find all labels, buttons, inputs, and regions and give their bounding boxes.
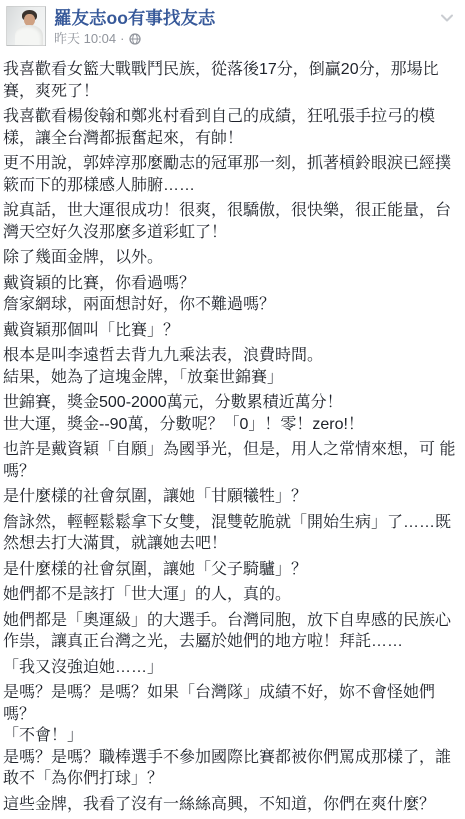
facebook-post: 羅友志oo有事找友志 昨天 10:04 · 我喜歡看女籃大戰戰鬥民族，從落後17…: [0, 0, 465, 815]
post-paragraph: 她們都不是該打「世大運」的人，真的。: [3, 584, 463, 606]
post-paragraph: 她們都是「奧運級」的大選手。台灣同胞，放下自卑感的民族心作祟，讓真正台灣之光，去…: [3, 610, 463, 653]
post-paragraph: 是嗎？是嗎？是嗎？如果「台灣隊」成績不好，妳不會怪她們嗎？ 「不會！」 是嗎？是…: [3, 682, 463, 790]
post-paragraph: 這些金牌，我看了沒有一絲絲高興，不知道，你們在爽什麼？: [3, 794, 463, 816]
post-paragraph: 戴資穎那個叫「比賽」？: [3, 320, 463, 342]
globe-icon: [129, 33, 141, 45]
avatar[interactable]: [6, 6, 46, 46]
post-paragraph: 我喜歡看女籃大戰戰鬥民族，從落後17分，倒贏20分，那場比賽，爽死了！: [3, 59, 463, 102]
post-paragraph: 是什麼樣的社會氛圍，讓她「父子騎驢」？: [3, 559, 463, 581]
meta-separator: ·: [120, 31, 124, 46]
post-paragraph: 詹詠然，輕輕鬆鬆拿下女雙，混雙乾脆就「開始生病」了……既然想去打大滿貫，就讓她去…: [3, 512, 463, 555]
avatar-shirt: [15, 25, 43, 46]
post-paragraph: 是什麼樣的社會氛圍，讓她「甘願犧牲」？: [3, 486, 463, 508]
timestamp[interactable]: 昨天 10:04: [54, 31, 116, 46]
chevron-down-icon[interactable]: [439, 10, 455, 26]
post-paragraph: 「我又沒強迫她……」: [3, 657, 463, 679]
post-paragraph: 戴資穎的比賽，你看過嗎？ 詹家網球，兩面想討好，你不難過嗎？: [3, 273, 463, 316]
post-paragraph: 世錦賽，獎金500-2000萬元，分數累積近萬分！ 世大運，獎金--90萬，分數…: [3, 392, 463, 435]
post-paragraph: 也許是戴資穎「自願」為國爭光，但是，用人之常情來想，可 能 嗎？: [3, 439, 463, 482]
post-body: 我喜歡看女籃大戰戰鬥民族，從落後17分，倒贏20分，那場比賽，爽死了！我喜歡看楊…: [0, 48, 465, 815]
post-meta: 昨天 10:04 ·: [54, 31, 457, 46]
header-text: 羅友志oo有事找友志 昨天 10:04 ·: [54, 6, 457, 46]
author-link[interactable]: 羅友志oo有事找友志: [54, 8, 215, 28]
post-paragraph: 更不用說，郭婞淳那麼勵志的冠軍那一刻，抓著槓鈴眼淚已經撲簌而下的那樣感人肺腑……: [3, 153, 463, 196]
post-paragraph: 說真話，世大運很成功！很爽，很驕傲，很快樂，很正能量，台灣天空好久沒那麼多道彩虹…: [3, 200, 463, 243]
post-header: 羅友志oo有事找友志 昨天 10:04 ·: [0, 0, 465, 48]
post-paragraph: 除了幾面金牌，以外。: [3, 247, 463, 269]
post-paragraph: 我喜歡看楊俊翰和鄭兆村看到自己的成績，狂吼張手拉弓的模樣，讓全台灣都振奮起來，有…: [3, 106, 463, 149]
post-paragraph: 根本是叫李遠哲去背九九乘法表，浪費時間。 結果，她為了這塊金牌，「放棄世錦賽」: [3, 345, 463, 388]
